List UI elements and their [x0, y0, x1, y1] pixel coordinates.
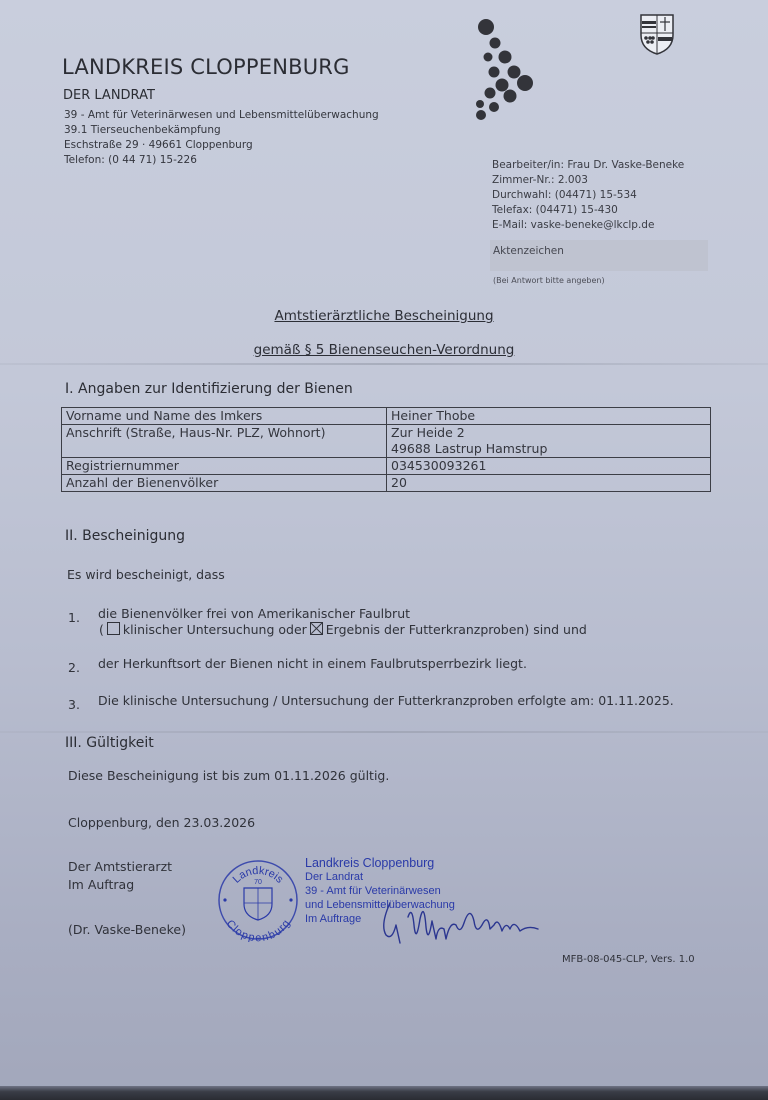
row-label: Anschrift (Straße, Haus-Nr. PLZ, Wohnort… [62, 425, 387, 458]
seal-bottom-text: Cloppenburg [224, 918, 293, 942]
open-paren: ( [99, 622, 104, 637]
item-3-text: Die klinische Untersuchung / Untersuchun… [98, 693, 674, 708]
org-line: Eschstraße 29 · 49661 Cloppenburg [64, 138, 379, 153]
org-subtitle: DER LANDRAT [63, 88, 155, 103]
section-heading-identification: I. Angaben zur Identifizierung der Biene… [65, 381, 353, 397]
form-id: MFB-08-045-CLP, Vers. 1.0 [562, 954, 695, 965]
aktenzeichen-hint: (Bei Antwort bitte angeben) [493, 276, 605, 285]
stamp-line: Der Landrat [305, 870, 455, 884]
item-1-text: die Bienenvölker frei von Amerikanischer… [98, 606, 410, 621]
row-value: Heiner Thobe [387, 408, 711, 425]
option-futterkranz-label: Ergebnis der Futterkranzproben) sind und [326, 622, 587, 637]
role-line: Der Amtstierarzt [68, 858, 172, 876]
item-number: 1. [68, 610, 80, 625]
row-label: Anzahl der Bienenvölker [62, 475, 387, 492]
org-address-block: 39 - Amt für Veterinärwesen und Lebensmi… [64, 108, 379, 168]
handwritten-signature [378, 895, 548, 950]
address-line: 49688 Lastrup Hamstrup [391, 441, 706, 457]
official-seal-stamp: Landkreis Cloppenburg 70 [216, 858, 300, 942]
dot-cluster-logo-icon [470, 15, 540, 120]
contact-line: Bearbeiter/in: Frau Dr. Vaske-Beneke [492, 158, 684, 173]
org-line: Telefon: (0 44 71) 15-226 [64, 153, 379, 168]
item-1-options: (klinischer Untersuchung oderErgebnis de… [99, 622, 587, 637]
org-title: LANDKREIS CLOPPENBURG [62, 55, 350, 79]
section-heading-certificate: II. Bescheinigung [65, 528, 185, 544]
contact-line: E-Mail: vaske-beneke@lkclp.de [492, 218, 684, 233]
table-row: Vorname und Name des Imkers Heiner Thobe [62, 408, 711, 425]
row-value: Zur Heide 2 49688 Lastrup Hamstrup [387, 425, 711, 458]
option-clinical-exam-label: klinischer Untersuchung oder [123, 622, 307, 637]
contact-block: Bearbeiter/in: Frau Dr. Vaske-Beneke Zim… [492, 158, 684, 233]
item-number: 2. [68, 660, 80, 675]
row-label: Vorname und Name des Imkers [62, 408, 387, 425]
address-line: Zur Heide 2 [391, 425, 706, 441]
table-row: Registriernummer 034530093261 [62, 458, 711, 475]
contact-line: Telefax: (04471) 15-430 [492, 203, 684, 218]
row-value: 034530093261 [387, 458, 711, 475]
row-value: 20 [387, 475, 711, 492]
document-subtitle: gemäß § 5 Bienenseuchen-Verordnung [0, 342, 768, 358]
item-number: 3. [68, 697, 80, 712]
table-row: Anzahl der Bienenvölker 20 [62, 475, 711, 492]
item-2-text: der Herkunftsort der Bienen nicht in ein… [98, 656, 527, 671]
contact-line: Durchwahl: (04471) 15-534 [492, 188, 684, 203]
org-line: 39.1 Tierseuchenbekämpfung [64, 123, 379, 138]
certificate-intro: Es wird bescheinigt, dass [67, 567, 225, 582]
contact-line: Zimmer-Nr.: 2.003 [492, 173, 684, 188]
document-title: Amtstierärztliche Bescheinigung [0, 308, 768, 324]
place-date: Cloppenburg, den 23.03.2026 [68, 815, 255, 830]
coat-of-arms-icon [639, 13, 675, 55]
table-surface-edge [0, 1086, 768, 1100]
aktenzeichen-label: Aktenzeichen [493, 245, 564, 257]
role-line: Im Auftrag [68, 876, 172, 894]
svg-text:70: 70 [254, 879, 262, 886]
checkbox-futterkranz-sample[interactable] [310, 622, 323, 635]
paper-fold [0, 731, 768, 733]
section-heading-validity: III. Gültigkeit [65, 735, 154, 751]
checkbox-clinical-exam[interactable] [107, 622, 120, 635]
stamp-line: Landkreis Cloppenburg [305, 856, 455, 870]
org-line: 39 - Amt für Veterinärwesen und Lebensmi… [64, 108, 379, 123]
signatory-role: Der Amtstierarzt Im Auftrag [68, 858, 172, 894]
bee-identification-table: Vorname und Name des Imkers Heiner Thobe… [61, 407, 711, 492]
signatory-name: (Dr. Vaske-Beneke) [68, 922, 186, 937]
table-row: Anschrift (Straße, Haus-Nr. PLZ, Wohnort… [62, 425, 711, 458]
row-label: Registriernummer [62, 458, 387, 475]
paper-fold [0, 363, 768, 365]
validity-text: Diese Bescheinigung ist bis zum 01.11.20… [68, 768, 389, 783]
